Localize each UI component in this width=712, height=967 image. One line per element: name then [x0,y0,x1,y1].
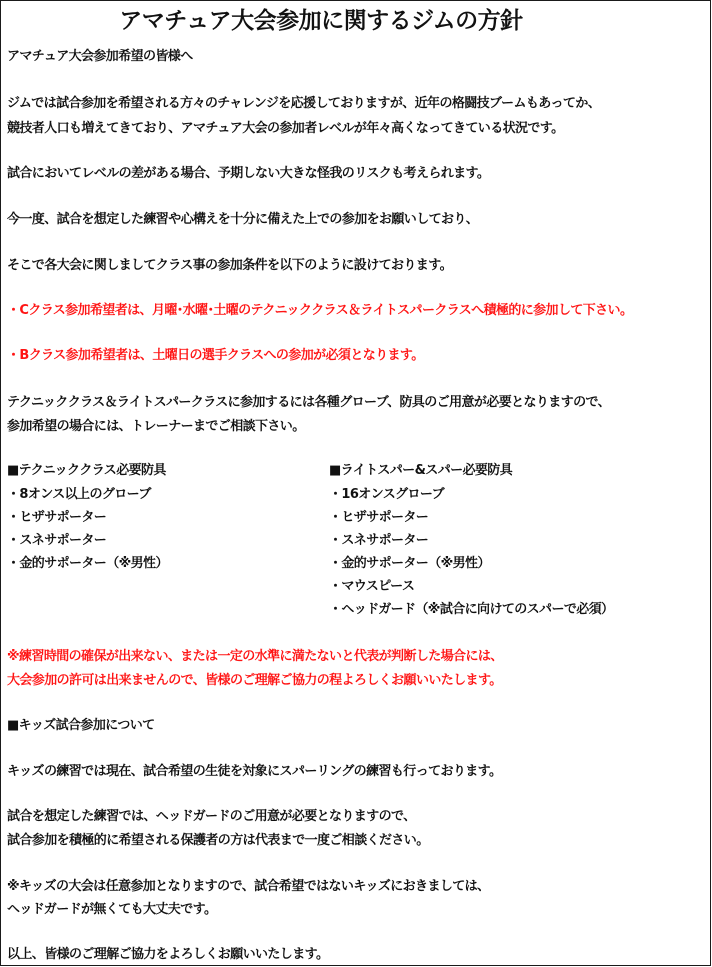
spar-equipment-item: ・スネサポーター [329,531,428,551]
closing-text: 以上、皆様のご理解ご協力をよろしくお願いいたします。 [7,945,328,965]
spar-equipment-heading: ■ライトスパー&スパー必要防具 [329,461,512,481]
technique-equipment-heading: ■テクニッククラス必要防具 [7,461,166,481]
b-class-condition: ・Bクラス参加希望者は、土曜日の選手クラスへの参加が必須となります。 [7,346,424,366]
page-title: アマチュア大会参加に関するジムの方針 [1,5,641,37]
equipment-note-line-1: テクニッククラス＆ライトスパークラスに参加するには各種グローブ、防具のご用意が必… [7,393,610,413]
technique-equipment-item: ・スネサポーター [7,531,106,551]
kids-optional-line-2: ヘッドガードが無くても大丈夫です。 [7,900,216,920]
spar-equipment-item: ・16オンスグローブ [329,485,444,505]
kids-heading: ■キッズ試合参加について [7,716,155,736]
kids-optional-line-1: ※キッズの大会は任意参加となりますので、試合希望ではないキッズにおきましては、 [7,877,489,897]
technique-equipment-item: ・金的サポーター（※男性） [7,554,168,574]
request-text: 今一度、試合を想定した練習や心構えを十分に備えた上での参加をお願いしており、 [7,210,478,230]
kids-headgear-line-1: 試合を想定した練習では、ヘッドガードのご用意が必要となりますので、 [7,807,416,827]
warning-line-1: ※練習時間の確保が出来ない、または一定の水準に満たないと代表が判断した場合には、 [7,647,503,667]
kids-headgear-line-2: 試合参加を積極的に希望される保護者の方は代表まで一度ご相談ください。 [7,831,429,851]
greeting: アマチュア大会参加希望の皆様へ [7,47,193,67]
technique-equipment-item: ・ヒザサポーター [7,508,106,528]
kids-practice-text: キッズの練習では現在、試合希望の生徒を対象にスパーリングの練習も行っております。 [7,762,501,782]
spar-equipment-item: ・ヘッドガード（※試合に向けてのスパーで必須） [329,600,613,620]
spar-equipment-item: ・ヒザサポーター [329,508,428,528]
intro-line-2: 競技者人口も増えてきており、アマチュア大会の参加者レベルが年々高くなってきている… [7,119,564,139]
risk-text: 試合においてレベルの差がある場合、予期しない大きな怪我のリスクも考えられます。 [7,164,489,184]
spar-equipment-item: ・金的サポーター（※男性） [329,554,490,574]
equipment-note-line-2: 参加希望の場合には、トレーナーまでご相談下さい。 [7,417,305,437]
spar-equipment-item: ・マウスピース [329,577,414,597]
conditions-intro: そこで各大会に関しましてクラス事の参加条件を以下のように設けております。 [7,256,452,276]
intro-line-1: ジムでは試合参加を希望される方々のチャレンジを応援しておりますが、近年の格闘技ブ… [7,94,600,114]
policy-document: アマチュア大会参加に関するジムの方針 アマチュア大会参加希望の皆様へ ジムでは試… [0,0,711,966]
c-class-condition: ・Cクラス参加希望者は、月曜･水曜･土曜のテクニッククラス＆ライトスパークラスへ… [7,301,632,321]
warning-line-2: 大会参加の許可は出来ませんので、皆様のご理解ご協力の程よろしくお願いいたします。 [7,671,502,691]
technique-equipment-item: ・8オンス以上のグローブ [7,485,151,505]
